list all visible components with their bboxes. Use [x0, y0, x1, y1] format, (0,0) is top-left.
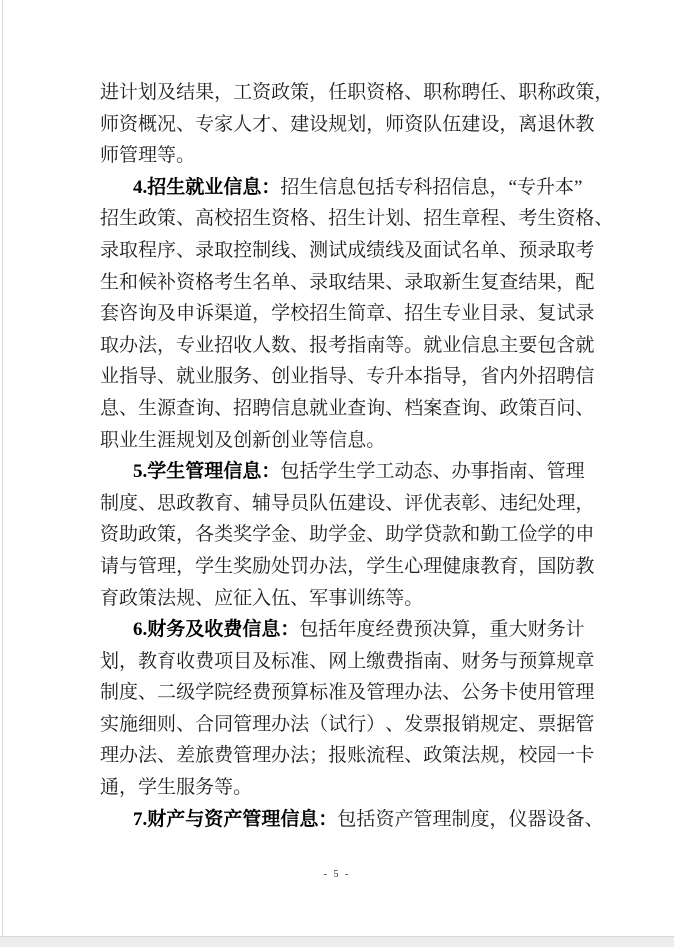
- page-bottom-edge: [0, 936, 674, 947]
- first-line-indent: [100, 614, 133, 646]
- text-line: 育政策法规、应征入伍、军事训练等。: [100, 583, 575, 615]
- document-page: 进计划及结果，工资政策，任职资格、职称聘任、职称政策，师资概况、专家人才、建设规…: [0, 0, 674, 947]
- text-line: 7.财产与资产管理信息：包括资产管理制度，仪器设备、: [100, 804, 575, 836]
- first-line-indent: [100, 456, 133, 488]
- text-line: 息、生源查询、招聘信息就业查询、档案查询、政策百问、: [100, 393, 575, 425]
- page-left-edge: [2, 0, 3, 936]
- text-line: 实施细则、合同管理办法（试行）、发票报销规定、票据管: [100, 709, 575, 741]
- page-number: - 5 -: [324, 869, 351, 880]
- text-line: 理办法、差旅费管理办法；报账流程、政策法规，校园一卡: [100, 740, 575, 772]
- text-line: 录取程序、录取控制线、测试成绩线及面试名单、预录取考: [100, 235, 575, 267]
- text-line: 生和候补资格考生名单、录取结果、录取新生复查结果，配: [100, 267, 575, 299]
- text-line: 职业生涯规划及创新创业等信息。: [100, 425, 575, 457]
- first-line-indent: [100, 804, 133, 836]
- page-footer: - 5 -: [0, 869, 674, 880]
- text-line: 业指导、就业服务、创业指导、专升本指导，省内外招聘信: [100, 361, 575, 393]
- text-line: 通，学生服务等。: [100, 772, 575, 804]
- text-line: 4.招生就业信息：招生信息包括专科招信息，“专升本”: [100, 172, 575, 204]
- text-line: 制度、二级学院经费预算标准及管理办法、公务卡使用管理: [100, 677, 575, 709]
- text-line: 套咨询及申诉渠道，学校招生简章、招生专业目录、复试录: [100, 298, 575, 330]
- text-line: 划，教育收费项目及标准、网上缴费指南、财务与预算规章: [100, 646, 575, 678]
- text-line: 师管理等。: [100, 140, 575, 172]
- text-line: 师资概况、专家人才、建设规划，师资队伍建设，离退休教: [100, 109, 575, 141]
- text-line: 招生政策、高校招生资格、招生计划、招生章程、考生资格、: [100, 203, 575, 235]
- page-body: 进计划及结果，工资政策，任职资格、职称聘任、职称政策，师资概况、专家人才、建设规…: [100, 77, 575, 835]
- text-line: 取办法，专业招收人数、报考指南等。就业信息主要包含就: [100, 330, 575, 362]
- text-line: 进计划及结果，工资政策，任职资格、职称聘任、职称政策，: [100, 77, 575, 109]
- text-line: 5.学生管理信息：包括学生学工动态、办事指南、管理: [100, 456, 575, 488]
- text-line: 6.财务及收费信息：包括年度经费预决算，重大财务计: [100, 614, 575, 646]
- text-line: 资助政策，各类奖学金、助学金、助学贷款和勤工俭学的申: [100, 519, 575, 551]
- text-line: 制度、思政教育、辅导员队伍建设、评优表彰、违纪处理，: [100, 488, 575, 520]
- first-line-indent: [100, 172, 133, 204]
- text-line: 请与管理，学生奖励处罚办法，学生心理健康教育，国防教: [100, 551, 575, 583]
